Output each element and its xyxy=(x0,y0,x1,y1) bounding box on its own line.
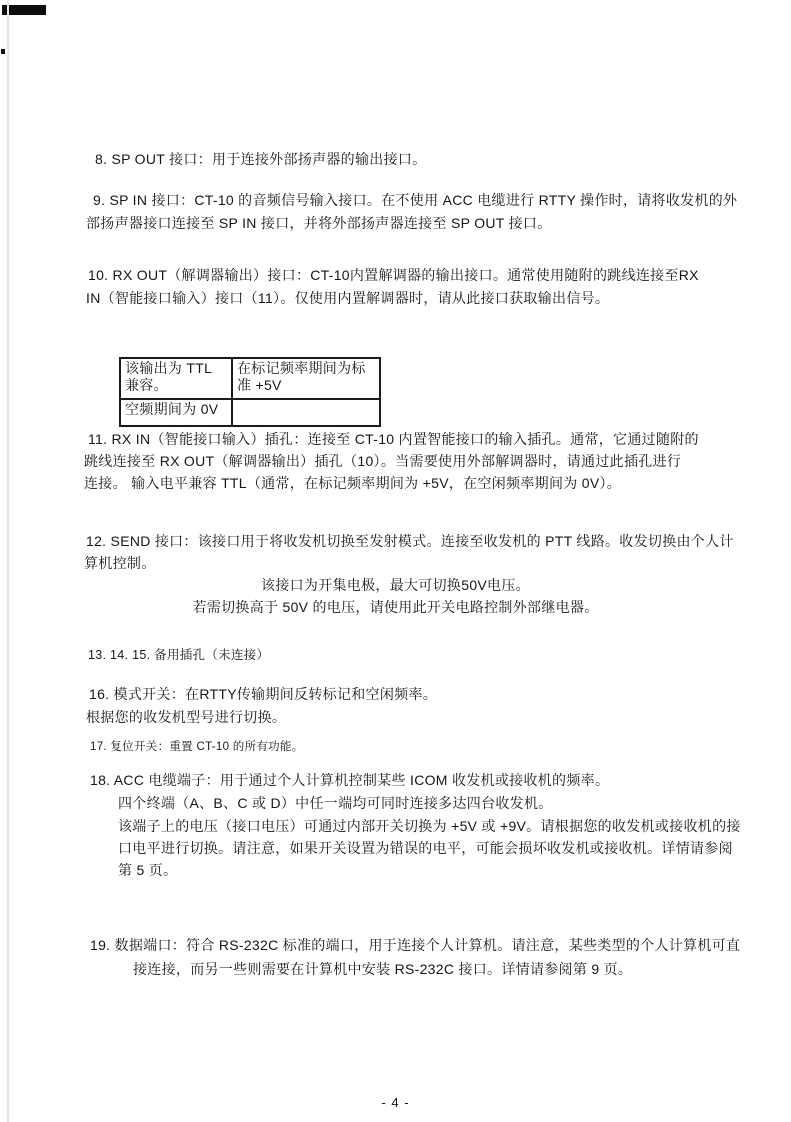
item-18-line-3: 该端子上的电压（接口电压）可通过内部开关切换为 +5V 或 +9V。请根据您的收… xyxy=(118,818,741,835)
scan-artifact-dot xyxy=(1,49,5,54)
table-cell-r2c2 xyxy=(233,400,379,425)
item-17-text: 17. 复位开关：重置 CT-10 的所有功能。 xyxy=(90,739,304,756)
item-12-note-2: 若需切换高于 50V 的电压，请使用此开关电路控制外部继电器。 xyxy=(0,599,791,616)
table-cell-r1c2: 在标记频率期间为标准 +5V xyxy=(233,359,379,400)
item-11-line-1: 11. RX IN（智能接口输入）插孔：连接至 CT-10 内置智能接口的输入插… xyxy=(88,431,699,448)
item-11-line-3: 连接。 输入电平兼容 TTL（通常，在标记频率期间为 +5V，在空闲频率期间为 … xyxy=(84,475,621,492)
item-19-line-2: 接连接，而另一些则需要在计算机中安装 RS-232C 接口。详情请参阅第 9 页… xyxy=(133,961,632,978)
item-10-line-1: 10. RX OUT（解调器输出）接口：CT-10内置解调器的输出接口。通常使用… xyxy=(88,267,699,284)
item-18-line-1: 18. ACC 电缆端子：用于通过个人计算机控制某些 ICOM 收发机或接收机的… xyxy=(90,772,609,789)
item-13-15-text: 13. 14. 15. 备用插孔（未连接） xyxy=(88,647,269,664)
item-11-line-2: 跳线连接至 RX OUT（解调器输出）插孔（10）。当需要使用外部解调器时，请通… xyxy=(84,453,681,470)
document-page: 8. SP OUT 接口：用于连接外部扬声器的输出接口。 9. SP IN 接口… xyxy=(0,0,791,1122)
table-cell-r1c1: 该输出为 TTL 兼容。 xyxy=(121,359,233,400)
item-18-line-4: 口电平进行切换。请注意，如果开关设置为错误的电平，可能会损坏收发机或接收机。详情… xyxy=(118,840,733,857)
item-12-note-1: 该接口为开集电极，最大可切换50V电压。 xyxy=(0,577,791,594)
item-9-line-2: 部扬声器接口连接至 SP IN 接口，并将外部扬声器连接至 SP OUT 接口。 xyxy=(86,215,551,232)
table-cell-r2c1: 空频期间为 0V xyxy=(121,400,233,425)
item-18-line-5: 第 5 页。 xyxy=(118,862,177,879)
item-16-line-1: 16. 模式开关：在RTTY传输期间反转标记和空闲频率。 xyxy=(89,686,437,703)
item-9-line-1: 9. SP IN 接口：CT-10 的音频信号输入接口。在不使用 ACC 电缆进… xyxy=(93,192,737,209)
item-18-line-2: 四个终端（A、B、C 或 D）中任一端均可同时连接多达四台收发机。 xyxy=(118,795,553,812)
item-10-line-2: IN（智能接口输入）接口（11）。仅使用内置解调器时，请从此接口获取输出信号。 xyxy=(86,290,609,307)
page-number: - 4 - xyxy=(0,1094,791,1111)
item-19-line-1: 19. 数据端口：符合 RS-232C 标准的端口，用于连接个人计算机。请注意，… xyxy=(90,937,740,954)
item-8-text: 8. SP OUT 接口：用于连接外部扬声器的输出接口。 xyxy=(95,151,426,168)
item-16-line-2: 根据您的收发机型号进行切换。 xyxy=(86,709,286,726)
ttl-level-note-table: 该输出为 TTL 兼容。 在标记频率期间为标准 +5V 空频期间为 0V xyxy=(119,357,381,427)
item-12-line-1: 12. SEND 接口：该接口用于将收发机切换至发射模式。连接至收发机的 PTT… xyxy=(86,533,734,550)
scan-artifact-edge-line xyxy=(7,0,9,1122)
item-12-line-2: 算机控制。 xyxy=(84,555,156,572)
